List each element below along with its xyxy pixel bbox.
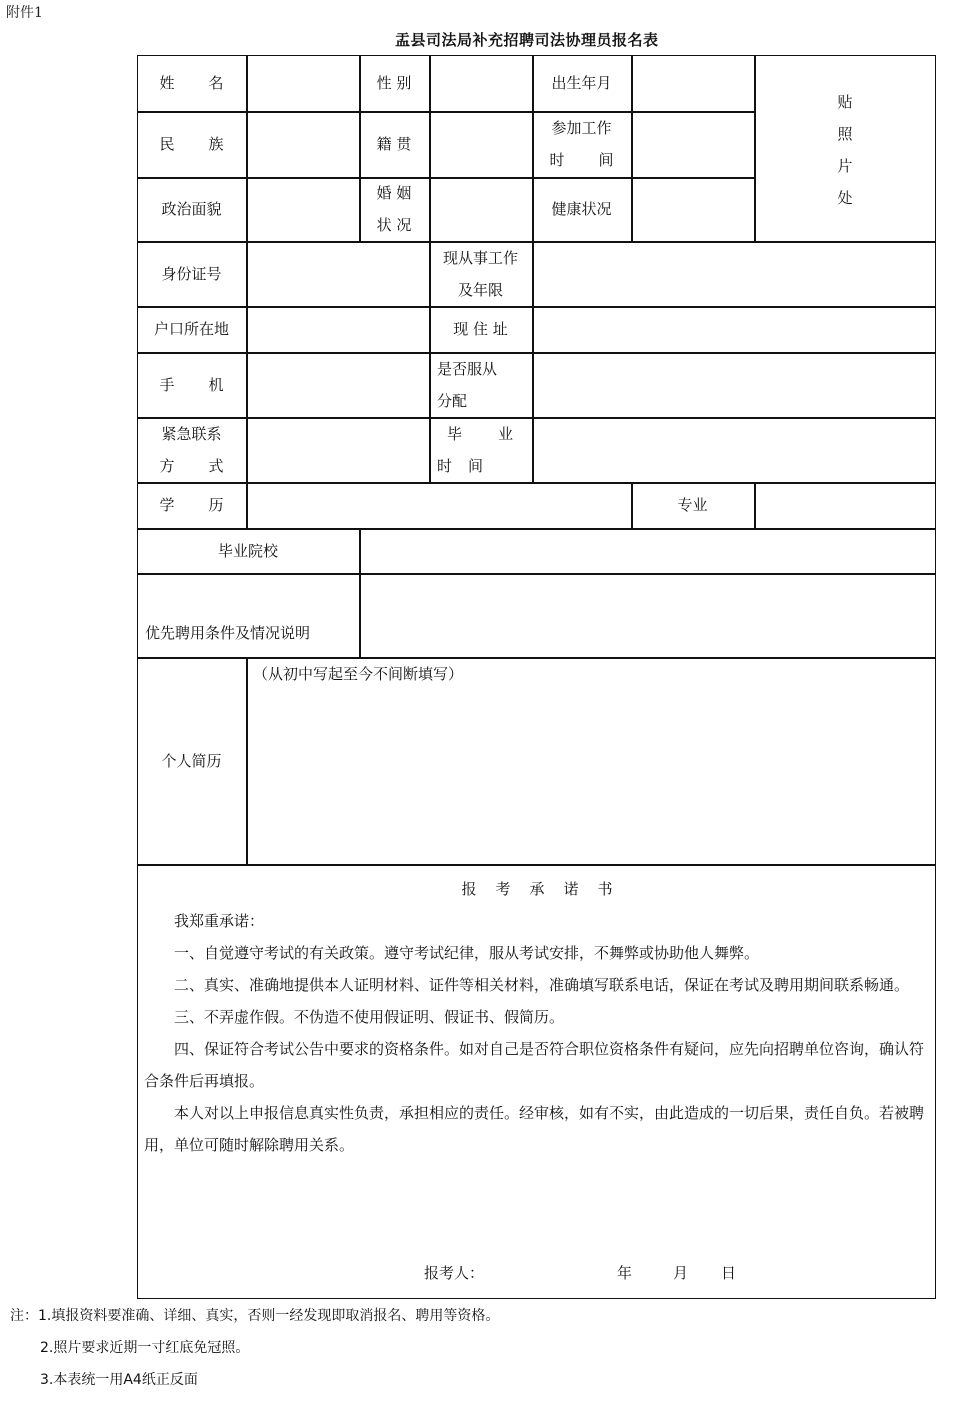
- ethnicity-label: 民族: [137, 111, 246, 177]
- label-char: 时: [550, 144, 565, 176]
- work-start-field[interactable]: [632, 112, 754, 177]
- pledge-item: 二、真实、准确地提供本人证明材料、证件等相关材料，准确填写联系电话，保证在考试及…: [144, 969, 932, 1001]
- label-char: 民: [160, 128, 175, 160]
- mobile-label: 手机: [137, 352, 246, 417]
- pledge-item: 四、保证符合考试公告中要求的资格条件。如对自己是否符合职位资格条件有疑问，应先向…: [144, 1033, 932, 1097]
- assignment-field[interactable]: [533, 353, 935, 417]
- label-char: 毕: [447, 418, 462, 450]
- label-char: 时: [437, 450, 452, 482]
- current-job-field[interactable]: [533, 242, 935, 306]
- photo-label-char: 片: [837, 150, 852, 182]
- health-field[interactable]: [632, 178, 754, 241]
- address-label: 现 住 址: [429, 306, 532, 352]
- major-field[interactable]: [755, 483, 935, 528]
- health-label: 健康状况: [532, 177, 631, 241]
- date-day-label: 日: [721, 1262, 736, 1283]
- label-char: 姓: [160, 67, 175, 99]
- label-char: 学: [160, 489, 175, 521]
- grid-line: [137, 864, 936, 866]
- ethnicity-field[interactable]: [247, 112, 359, 177]
- label-char: 手: [160, 369, 175, 401]
- note-1: 注：1.填报资料要准确、详细、真实，否则一经发现即取消报名、聘用等资格。: [10, 1300, 499, 1332]
- photo-label-char: 贴: [837, 86, 852, 118]
- pledge-item: 一、自觉遵守考试的有关政策。遵守考试纪律，服从考试安排，不舞弊或协助他人舞弊。: [144, 937, 932, 969]
- priority-field[interactable]: [360, 574, 935, 657]
- native-place-field[interactable]: [430, 112, 532, 177]
- note-3: 3.本表统一用A4纸正反面: [40, 1364, 198, 1396]
- education-label: 学历: [137, 482, 246, 528]
- id-field[interactable]: [247, 242, 429, 306]
- label-char: 名: [208, 67, 223, 99]
- birth-field[interactable]: [632, 56, 754, 111]
- emergency-field[interactable]: [247, 418, 429, 482]
- marital-field[interactable]: [430, 178, 532, 241]
- label-line: 状 况: [377, 209, 412, 241]
- note-2: 2.照片要求近期一寸红底免冠照。: [40, 1332, 249, 1364]
- pledge-item: 本人对以上申报信息真实性负责，承担相应的责任。经审核，如有不实，由此造成的一切后…: [144, 1097, 932, 1161]
- pledge-title: 报 考 承 诺 书: [144, 873, 932, 905]
- assignment-label: 是否服从 分配: [429, 352, 532, 417]
- emergency-label: 紧急联系 方式: [137, 417, 246, 482]
- school-label: 毕业院校: [137, 528, 359, 573]
- annex-label: 附件1: [6, 2, 43, 22]
- photo-area[interactable]: 贴 照 片 处: [755, 56, 935, 241]
- resume-field[interactable]: （从初中写起至今不间断填写）: [247, 658, 935, 864]
- hukou-label: 户口所在地: [137, 306, 246, 352]
- signature-field[interactable]: [486, 1258, 606, 1284]
- major-label: 专业: [631, 482, 754, 528]
- label-char: 间: [468, 450, 483, 482]
- label-line: 分配: [437, 385, 497, 417]
- label-char: 方: [160, 450, 175, 482]
- label-char: 业: [498, 418, 513, 450]
- date-year-label: 年: [617, 1262, 632, 1283]
- pledge-section: 报 考 承 诺 书 我郑重承诺： 一、自觉遵守考试的有关政策。遵守考试纪律，服从…: [144, 873, 932, 1161]
- resume-label: 个人简历: [137, 657, 246, 864]
- name-label: 姓名: [137, 55, 246, 111]
- address-field[interactable]: [533, 307, 935, 352]
- label-line: 婚 姻: [377, 177, 412, 209]
- priority-label: 优先聘用条件及情况说明: [137, 573, 359, 657]
- political-label: 政治面貌: [137, 177, 246, 241]
- label-char: 机: [208, 369, 223, 401]
- work-start-label: 参加工作 时间: [532, 111, 631, 177]
- photo-label-char: 处: [837, 182, 852, 214]
- grad-time-label: 毕业 时间: [429, 417, 532, 482]
- label-char: 式: [208, 450, 223, 482]
- label-char: 族: [208, 128, 223, 160]
- current-job-label: 现从事工作 及年限: [429, 241, 532, 306]
- label-line: 及年限: [443, 274, 518, 306]
- label-line: 参加工作: [550, 112, 614, 144]
- marital-label: 婚 姻 状 况: [359, 177, 429, 241]
- photo-label-char: 照: [837, 118, 852, 150]
- education-field[interactable]: [247, 483, 631, 528]
- gender-field[interactable]: [430, 56, 532, 111]
- political-field[interactable]: [247, 178, 359, 241]
- label-line: 是否服从: [437, 353, 497, 385]
- id-label: 身份证号: [137, 241, 246, 306]
- label-char: 间: [598, 144, 613, 176]
- label-line: 紧急联系: [160, 418, 224, 450]
- gender-label: 性 别: [359, 55, 429, 111]
- form-title: 盂县司法局补充招聘司法协理员报名表: [395, 29, 659, 50]
- label-line: 现从事工作: [443, 242, 518, 274]
- resume-hint: （从初中写起至今不间断填写）: [253, 660, 463, 688]
- signature-label: 报考人：: [424, 1262, 484, 1283]
- mobile-field[interactable]: [247, 353, 429, 417]
- birth-label: 出生年月: [532, 55, 631, 111]
- name-field[interactable]: [247, 56, 359, 111]
- pledge-item: 三、不弄虚作假。不伪造不使用假证明、假证书、假简历。: [144, 1001, 932, 1033]
- school-field[interactable]: [360, 529, 935, 573]
- hukou-field[interactable]: [247, 307, 429, 352]
- pledge-intro: 我郑重承诺：: [144, 905, 932, 937]
- grad-time-field[interactable]: [533, 418, 935, 482]
- native-place-label: 籍 贯: [359, 111, 429, 177]
- date-month-label: 月: [673, 1262, 688, 1283]
- label-char: 历: [208, 489, 223, 521]
